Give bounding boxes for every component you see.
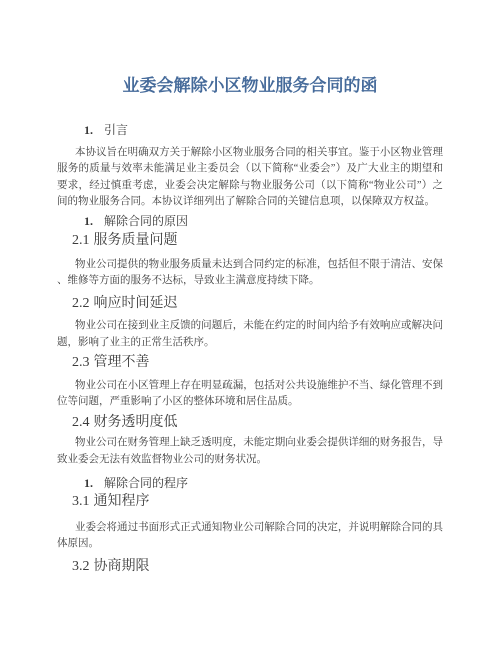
numbered-heading-introduction: 1.引言 [84,122,443,139]
paragraph-poor-management: 物业公司在小区管理上存在明显疏漏，包括对公共设施维护不当、绿化管理不到位等问题，… [57,378,443,411]
sub-heading-negotiation-period: 3.2协商期限 [72,558,443,575]
paragraph-response-delay: 物业公司在接到业主反馈的问题后，未能在约定的时间内给予有效响应或解决问题，影响了… [57,318,443,351]
heading-label: 引言 [104,123,128,137]
heading-number: 3.1 [72,494,90,509]
paragraph-notification-procedure: 业委会将通过书面形式正式通知物业公司解除合同的决定，并说明解除合同的具体原因。 [57,520,443,553]
document-title: 业委会解除小区物业服务合同的函 [57,74,443,98]
heading-label: 财务透明度低 [94,415,178,430]
heading-number: 2.1 [72,233,90,248]
heading-label: 服务质量问题 [94,233,178,248]
paragraph-service-quality: 物业公司提供的物业服务质量未达到合同约定的标准，包括但不限于清洁、安保、维修等方… [57,257,443,290]
heading-number: 1. [84,213,104,230]
heading-number: 2.2 [72,296,90,311]
heading-number: 2.4 [72,415,90,430]
heading-label: 通知程序 [94,494,150,509]
paragraph-introduction: 本协议旨在明确双方关于解除小区物业服务合同的相关事宜。鉴于小区物业管理服务的质量… [57,145,443,210]
paragraph-low-financial-transparency: 物业公司在财务管理上缺乏透明度，未能定期向业委会提供详细的财务报告，导致业委会无… [57,435,443,468]
sub-heading-low-financial-transparency: 2.4财务透明度低 [72,414,443,431]
heading-number: 3.2 [72,559,90,574]
heading-number: 1. [84,475,104,492]
heading-label: 协商期限 [94,559,150,574]
sub-heading-service-quality: 2.1服务质量问题 [72,232,443,249]
heading-label: 解除合同的原因 [104,214,188,228]
document-page: 业委会解除小区物业服务合同的函 1.引言 本协议旨在明确双方关于解除小区物业服务… [0,0,500,647]
heading-label: 响应时间延迟 [94,296,178,311]
sub-heading-response-delay: 2.2响应时间延迟 [72,295,443,312]
heading-label: 管理不善 [94,355,150,370]
document-content: 业委会解除小区物业服务合同的函 1.引言 本协议旨在明确双方关于解除小区物业服务… [57,74,443,575]
heading-label: 解除合同的程序 [104,476,188,490]
sub-heading-poor-management: 2.3管理不善 [72,354,443,371]
numbered-heading-termination-procedure: 1.解除合同的程序 [84,475,443,492]
numbered-heading-termination-reasons: 1.解除合同的原因 [84,213,443,230]
heading-number: 2.3 [72,355,90,370]
sub-heading-notification-procedure: 3.1通知程序 [72,493,443,510]
heading-number: 1. [84,122,104,139]
